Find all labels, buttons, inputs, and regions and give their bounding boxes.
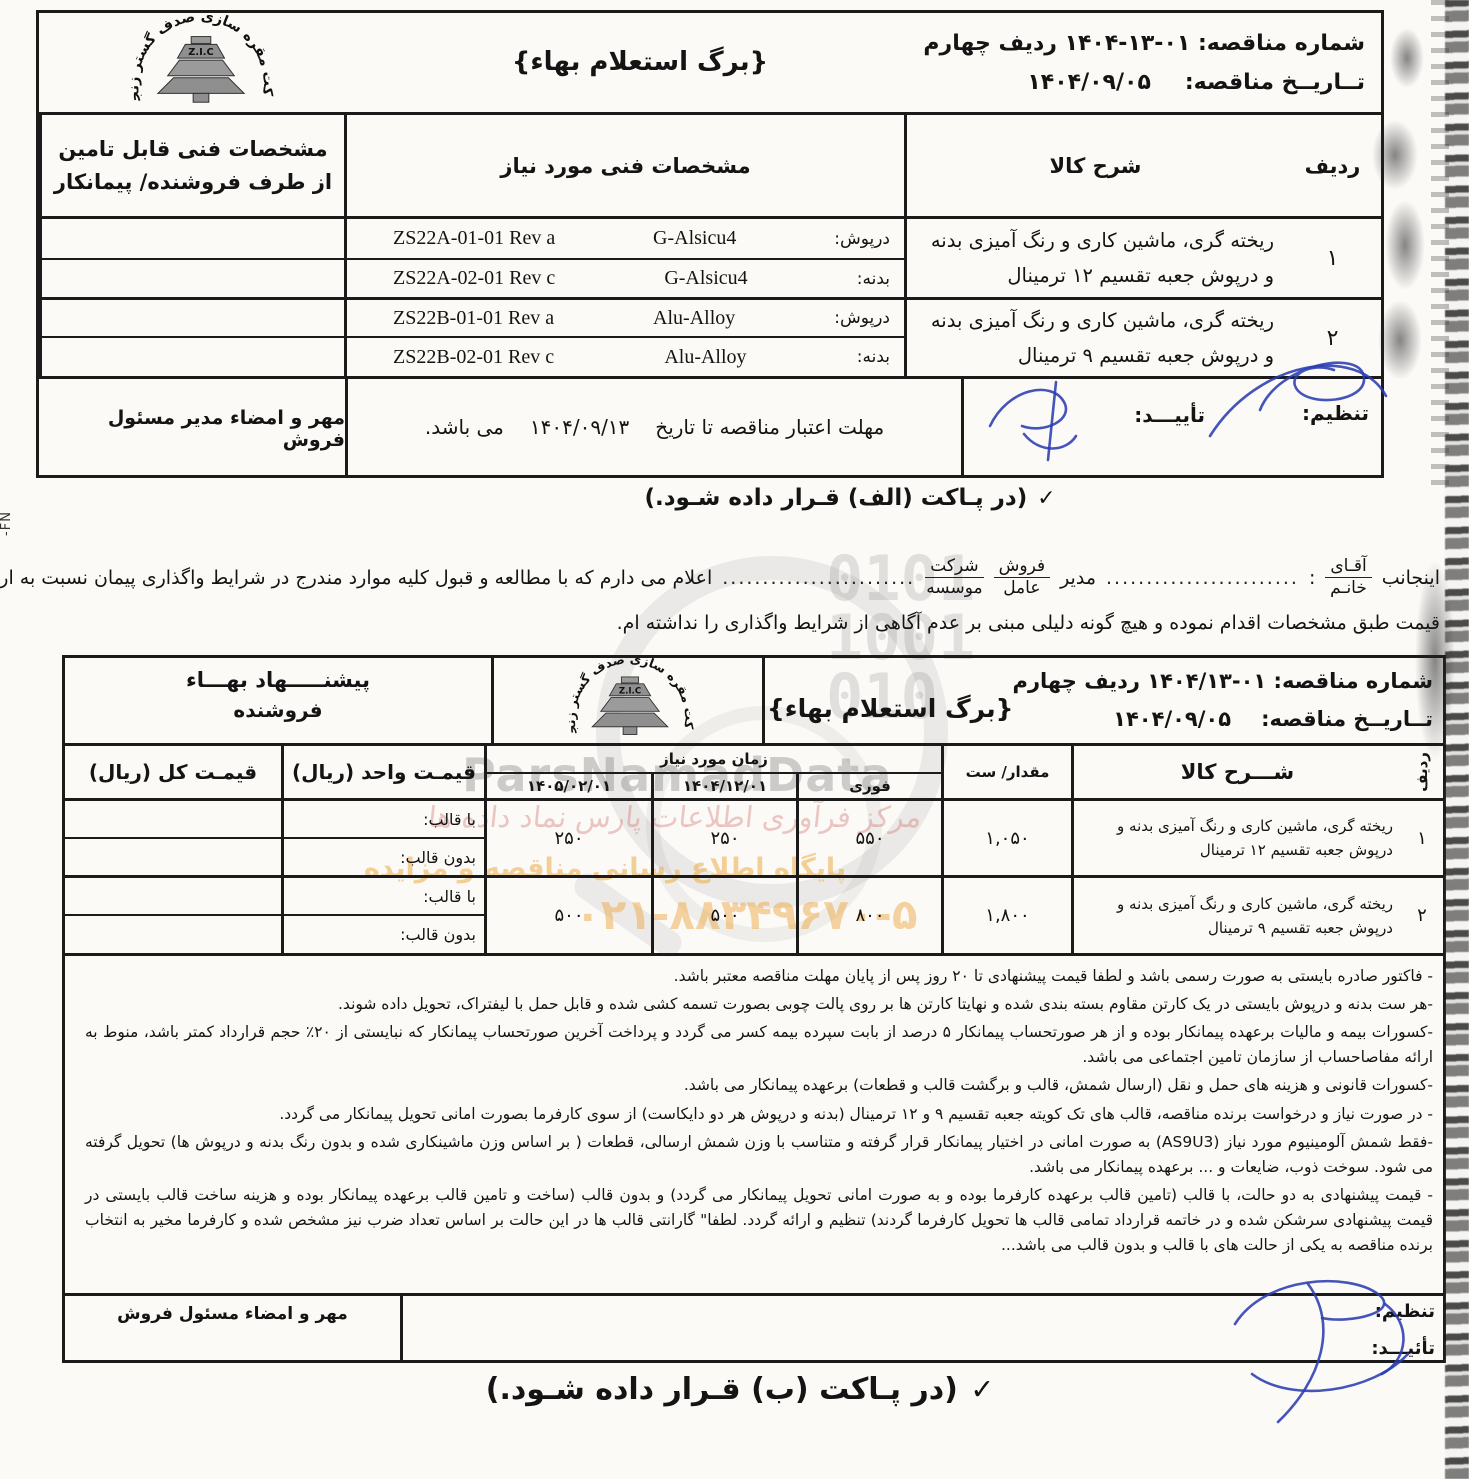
form2-logo: شرکت مقره سازی صدف گستر زنجان Z.I.C (491, 658, 765, 743)
table-row-number: ۱ (1401, 801, 1443, 878)
form1-tender-number: شماره مناقصه: ۰۱-۱۳-۱۴۰۴ ردیف چهارم (911, 25, 1365, 64)
form2-col-total-price: قیمـت کل (ریال) (65, 746, 281, 801)
form2-col-radif: ردیف (1401, 746, 1443, 801)
urgent-qty-value: ۵۵۰ (796, 801, 941, 878)
inquiry-form-top: شماره مناقصه: ۰۱-۱۳-۱۴۰۴ ردیف چهارم تــا… (36, 10, 1384, 478)
approved-by-label: تأییـــد: (1134, 403, 1205, 427)
svg-text:Z.I.C: Z.I.C (619, 686, 641, 696)
term-item: - قیمت پیشنهادی به دو حالت، با قالب (تام… (85, 1183, 1433, 1258)
form2-tender-date-value: ۱۴۰۴/۰۹/۰۵ (1113, 701, 1231, 739)
scan-smudge (1378, 300, 1422, 380)
company-blank-line: ........................ (722, 567, 915, 589)
manager-type-option: فروشعامل (994, 556, 1050, 600)
form1-col-sharh: شرح کالا (904, 115, 1284, 219)
scan-noise-right-strip (1431, 0, 1449, 490)
form1-col-radif: ردیف (1284, 115, 1381, 219)
form1-table: ردیف شرح کالا مشخصات فنی مورد نیاز مشخصا… (39, 115, 1381, 376)
total-price-empty-cell (65, 916, 281, 953)
form2-header: شماره مناقصه: ۰۱-۱۴۰۴/۱۳ ردیف چهارم تــا… (65, 658, 1443, 746)
form2-stamp-note: مهر و امضاء مسئول فروش (65, 1296, 403, 1363)
form1-logo: شرکت مقره سازی صدف گستر زنجان Z.I.C (39, 13, 369, 112)
table-row-description: ریخته گری، ماشین کاری و رنگ آمیزی بدنه و… (904, 219, 1284, 300)
form2-tender-number: شماره مناقصه: ۰۱-۱۴۰۴/۱۳ ردیف چهارم (1013, 663, 1433, 701)
form1-title: {برگ استعلام بهاء} (369, 13, 911, 112)
form2-table: ردیف شـــرح کالا مقدار/ ست زمان مورد نیا… (65, 746, 1443, 956)
side-scan-label: FN- (0, 511, 14, 536)
scan-smudge (1385, 200, 1425, 290)
form2-footer: تنظیم: تأئیـــد: مهر و امضاء مسئول فروش (65, 1293, 1443, 1363)
seller-proposal-header: پیشنـــــهاد بهـــاء فروشنده (65, 658, 491, 743)
with-mold-label: با قالب: (281, 801, 484, 839)
form1-tender-date-label: تــاریــخ مناقصه: (1185, 64, 1365, 103)
approved-by-label: تأئیـــد: (1371, 1338, 1435, 1359)
terms-and-conditions: - فاکتور صادره بایستی به صورت رسمی باشد … (65, 956, 1443, 1293)
without-mold-label: بدون قالب: (281, 839, 484, 878)
table-row-description: ریخته گری، ماشین کاری و رنگ آمیزی بدنه و… (1071, 801, 1401, 878)
form1-tender-date-value: ۱۴۰۴/۰۹/۰۵ (1027, 64, 1151, 103)
date1-qty-value: ۲۵۰ (651, 801, 796, 878)
total-price-empty-cell (65, 801, 281, 839)
term-item: -فقط شمش آلومینیوم مورد نیاز (AS9U3) به … (85, 1130, 1433, 1180)
term-item: - در صورت نیاز و درخواست برنده مناقصه، ق… (85, 1102, 1433, 1127)
form1-header: شماره مناقصه: ۰۱-۱۳-۱۴۰۴ ردیف چهارم تــا… (39, 13, 1381, 115)
form2-tender-date-label: تــاریــخ مناقصه: (1261, 701, 1433, 739)
term-item: -کسورات بیمه و مالیات برعهده پیمانکار بو… (85, 1020, 1433, 1070)
envelope-b-note: ✓ (در پـاکت (ب) قـرار داده شـود.) (440, 1372, 1040, 1407)
spec-line: درپوش: G-Alsicu4 ZS22A-01-01 Rev a (344, 219, 904, 260)
name-blank-line: ........................ (1106, 567, 1299, 589)
prepared-by-label: تنظیم: (1302, 401, 1369, 425)
date2-qty-value: ۵۰۰ (484, 878, 651, 953)
scanned-tender-document: 0101 1001 010 ParsNamadData مرکز فرآوری … (0, 0, 1469, 1479)
spec-line: بدنه: Alu-Alloy ZS22B-02-01 Rev c (344, 338, 904, 376)
scan-smudge (1390, 28, 1424, 88)
mr-ms-option: آقـایخانـم (1325, 556, 1371, 600)
term-item: -هر ست بدنه و درپوش بایستی در یک کارتن م… (85, 992, 1433, 1017)
form2-col-qty: مقدار/ ست (941, 746, 1071, 801)
term-item: - فاکتور صادره بایستی به صورت رسمی باشد … (85, 964, 1433, 989)
form1-footer: تنظیم: تأییـــد: مهلت اعتبار مناقصه تا ت… (39, 376, 1381, 475)
form1-signature-cell: تنظیم: تأییـــد: (961, 379, 1381, 475)
form2-col-time-date1: ۱۴۰۴/۱۲/۰۱ (651, 774, 796, 801)
with-mold-label: با قالب: (281, 878, 484, 916)
spec-line: بدنه: G-Alsicu4 ZS22A-02-01 Rev c (344, 260, 904, 300)
prepared-by-label: تنظیم: (1375, 1301, 1435, 1322)
form2-col-time-urgent: فوری (796, 774, 941, 801)
form2-tender-info: شماره مناقصه: ۰۱-۱۴۰۴/۱۳ ردیف چهارم تــا… (1013, 663, 1433, 739)
envelope-a-note: ✓ (در پـاکت (الف) قـرار داده شـود.) (640, 485, 1060, 511)
price-proposal-form-bottom: شماره مناقصه: ۰۱-۱۴۰۴/۱۳ ردیف چهارم تــا… (62, 655, 1446, 1363)
scan-noise-right-edge (1445, 0, 1469, 1479)
date2-qty-value: ۲۵۰ (484, 801, 651, 878)
form1-validity-note: مهلت اعتبار مناقصه تا تاریخ ۱۴۰۴/۰۹/۱۳ م… (345, 379, 961, 475)
urgent-qty-value: ۸۰۰ (796, 878, 941, 953)
date1-qty-value: ۵۰۰ (651, 878, 796, 953)
company-type-option: شرکتموسسه (925, 556, 983, 600)
check-icon: ✓ (1037, 486, 1055, 511)
company-logo-icon: شرکت مقره سازی صدف گستر زنجان Z.I.C (51, 15, 351, 113)
declaration-paragraph: اینجانب آقـایخانـم : ...................… (28, 556, 1440, 634)
form2-col-time: زمان مورد نیاز (484, 746, 941, 774)
table-row-number: ۲ (1401, 878, 1443, 953)
term-item: -کسورات قانونی و هزینه های حمل و نقل (ار… (85, 1073, 1433, 1098)
table-row-description: ریخته گری، ماشین کاری و رنگ آمیزی بدنه و… (1071, 878, 1401, 953)
form1-stamp-note: مهر و امضاء مدیر مسئول فروش (39, 379, 345, 475)
without-mold-label: بدون قالب: (281, 916, 484, 953)
form2-col-sharh: شـــرح کالا (1071, 746, 1401, 801)
supply-spec-empty-cell (39, 300, 344, 338)
form2-col-time-date2: ۱۴۰۵/۰۲/۰۱ (484, 774, 651, 801)
supply-spec-empty-cell (39, 260, 344, 300)
supply-spec-empty-cell (39, 219, 344, 260)
table-row-number: ۱ (1284, 219, 1381, 300)
table-row-number: ۲ (1284, 300, 1381, 376)
svg-text:Z.I.C: Z.I.C (188, 47, 213, 58)
form1-col-specs-supply: مشخصات فنی قابل تامین از طرف فروشنده/ پی… (39, 115, 344, 219)
supply-spec-empty-cell (39, 338, 344, 376)
form2-col-unit-price: قیمـت واحد (ریال) (281, 746, 484, 801)
company-logo-icon: شرکت مقره سازی صدف گستر زنجان Z.I.C (550, 658, 710, 744)
form2-title: {برگ استعلام بهاء} (767, 694, 1013, 723)
qty-value: ۱,۸۰۰ (941, 878, 1071, 953)
total-price-empty-cell (65, 878, 281, 916)
total-price-empty-cell (65, 839, 281, 878)
table-row-description: ریخته گری، ماشین کاری و رنگ آمیزی بدنه و… (904, 300, 1284, 376)
spec-line: درپوش: Alu-Alloy ZS22B-01-01 Rev a (344, 300, 904, 338)
form1-col-specs-needed: مشخصات فنی مورد نیاز (344, 115, 904, 219)
qty-value: ۱,۰۵۰ (941, 801, 1071, 878)
form1-tender-info: شماره مناقصه: ۰۱-۱۳-۱۴۰۴ ردیف چهارم تــا… (911, 13, 1381, 112)
check-icon: ✓ (970, 1373, 994, 1406)
